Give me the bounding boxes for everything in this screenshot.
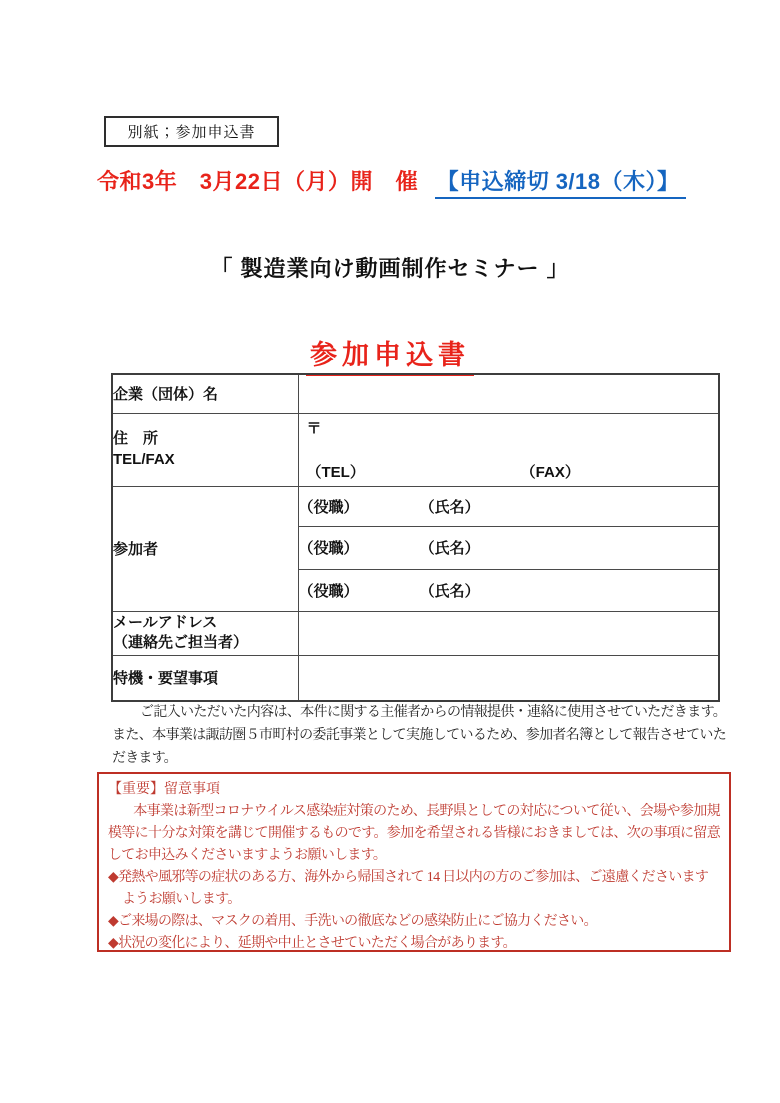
tel-label: （TEL） bbox=[307, 461, 517, 482]
important-notice-intro: 本事業は新型コロナウイルス感染症対策のため、長野県としての対応について従い、会場… bbox=[108, 801, 720, 867]
participant-field-2: （役職） （氏名） bbox=[298, 526, 719, 569]
application-deadline-text: 【申込締切 3/18（木）】 bbox=[435, 165, 686, 199]
email-label-line2: （連絡先ご担当者） bbox=[113, 633, 298, 653]
email-label-line1: メールアドレス bbox=[113, 613, 298, 633]
seminar-title: 「 製造業向け動画制作セミナー 」 bbox=[0, 252, 780, 283]
table-row-address: 住 所 TEL/FAX 〒 （TEL） （FAX） bbox=[112, 413, 719, 486]
name-label: （氏名） bbox=[420, 583, 480, 600]
application-form-table: 企業（団体）名 住 所 TEL/FAX 〒 （TEL） （FAX） bbox=[111, 373, 720, 702]
postal-mark: 〒 bbox=[307, 417, 711, 438]
table-row-participant-1: 参加者 （役職） （氏名） bbox=[112, 486, 719, 526]
important-notice-box: 【重要】留意事項 本事業は新型コロナウイルス感染症対策のため、長野県としての対応… bbox=[97, 772, 731, 952]
address-label: 住 所 TEL/FAX bbox=[112, 413, 298, 486]
participants-label: 参加者 bbox=[112, 486, 298, 611]
address-field: 〒 （TEL） （FAX） bbox=[298, 413, 719, 486]
table-row-email: メールアドレス （連絡先ご担当者） bbox=[112, 611, 719, 655]
notes-field bbox=[298, 655, 719, 701]
table-row-company: 企業（団体）名 bbox=[112, 374, 719, 413]
table-row-notes: 特機・要望事項 bbox=[112, 655, 719, 701]
important-notice-heading: 【重要】留意事項 bbox=[108, 779, 720, 801]
email-field bbox=[298, 611, 719, 655]
important-notice-bullet-3: ◆状況の変化により、延期や中止とさせていただく場合があります。 bbox=[108, 933, 720, 955]
address-label-line2: TEL/FAX bbox=[113, 450, 298, 470]
application-form-page: 別紙；参加申込書 令和3年 3月22日（月）開 催 【申込締切 3/18（木）】… bbox=[0, 0, 780, 1103]
fax-label: （FAX） bbox=[521, 464, 580, 481]
notes-label: 特機・要望事項 bbox=[112, 655, 298, 701]
event-date-text: 令和3年 3月22日（月）開 催 bbox=[97, 169, 418, 194]
participant-field-3: （役職） （氏名） bbox=[298, 569, 719, 611]
company-name-label: 企業（団体）名 bbox=[112, 374, 298, 413]
address-label-line1: 住 所 bbox=[113, 429, 298, 449]
position-label: （役職） bbox=[299, 496, 416, 517]
event-date-heading: 令和3年 3月22日（月）開 催 【申込締切 3/18（木）】 bbox=[97, 165, 686, 199]
participant-field-1: （役職） （氏名） bbox=[298, 486, 719, 526]
privacy-note: ご記入いただいた内容は、本件に関する主催者からの情報提供・連絡に使用させていただ… bbox=[112, 701, 726, 770]
company-name-field bbox=[298, 374, 719, 413]
telfax-row: （TEL） （FAX） bbox=[307, 461, 711, 482]
position-label: （役職） bbox=[299, 537, 416, 558]
email-label: メールアドレス （連絡先ご担当者） bbox=[112, 611, 298, 655]
name-label: （氏名） bbox=[420, 499, 480, 516]
attachment-tag-label: 別紙；参加申込書 bbox=[127, 121, 255, 142]
attachment-tag-box: 別紙；参加申込書 bbox=[104, 116, 279, 147]
form-title-wrap: 参加申込書 bbox=[0, 333, 780, 376]
important-notice-bullet-1: ◆発熱や風邪等の症状のある方、海外から帰国されて 14 日以内の方のご参加は、ご… bbox=[108, 867, 720, 911]
form-title: 参加申込書 bbox=[306, 333, 474, 376]
position-label: （役職） bbox=[299, 580, 416, 601]
important-notice-bullet-2: ◆ご来場の際は、マスクの着用、手洗いの徹底などの感染防止にご協力ください。 bbox=[108, 911, 720, 933]
name-label: （氏名） bbox=[420, 540, 480, 557]
